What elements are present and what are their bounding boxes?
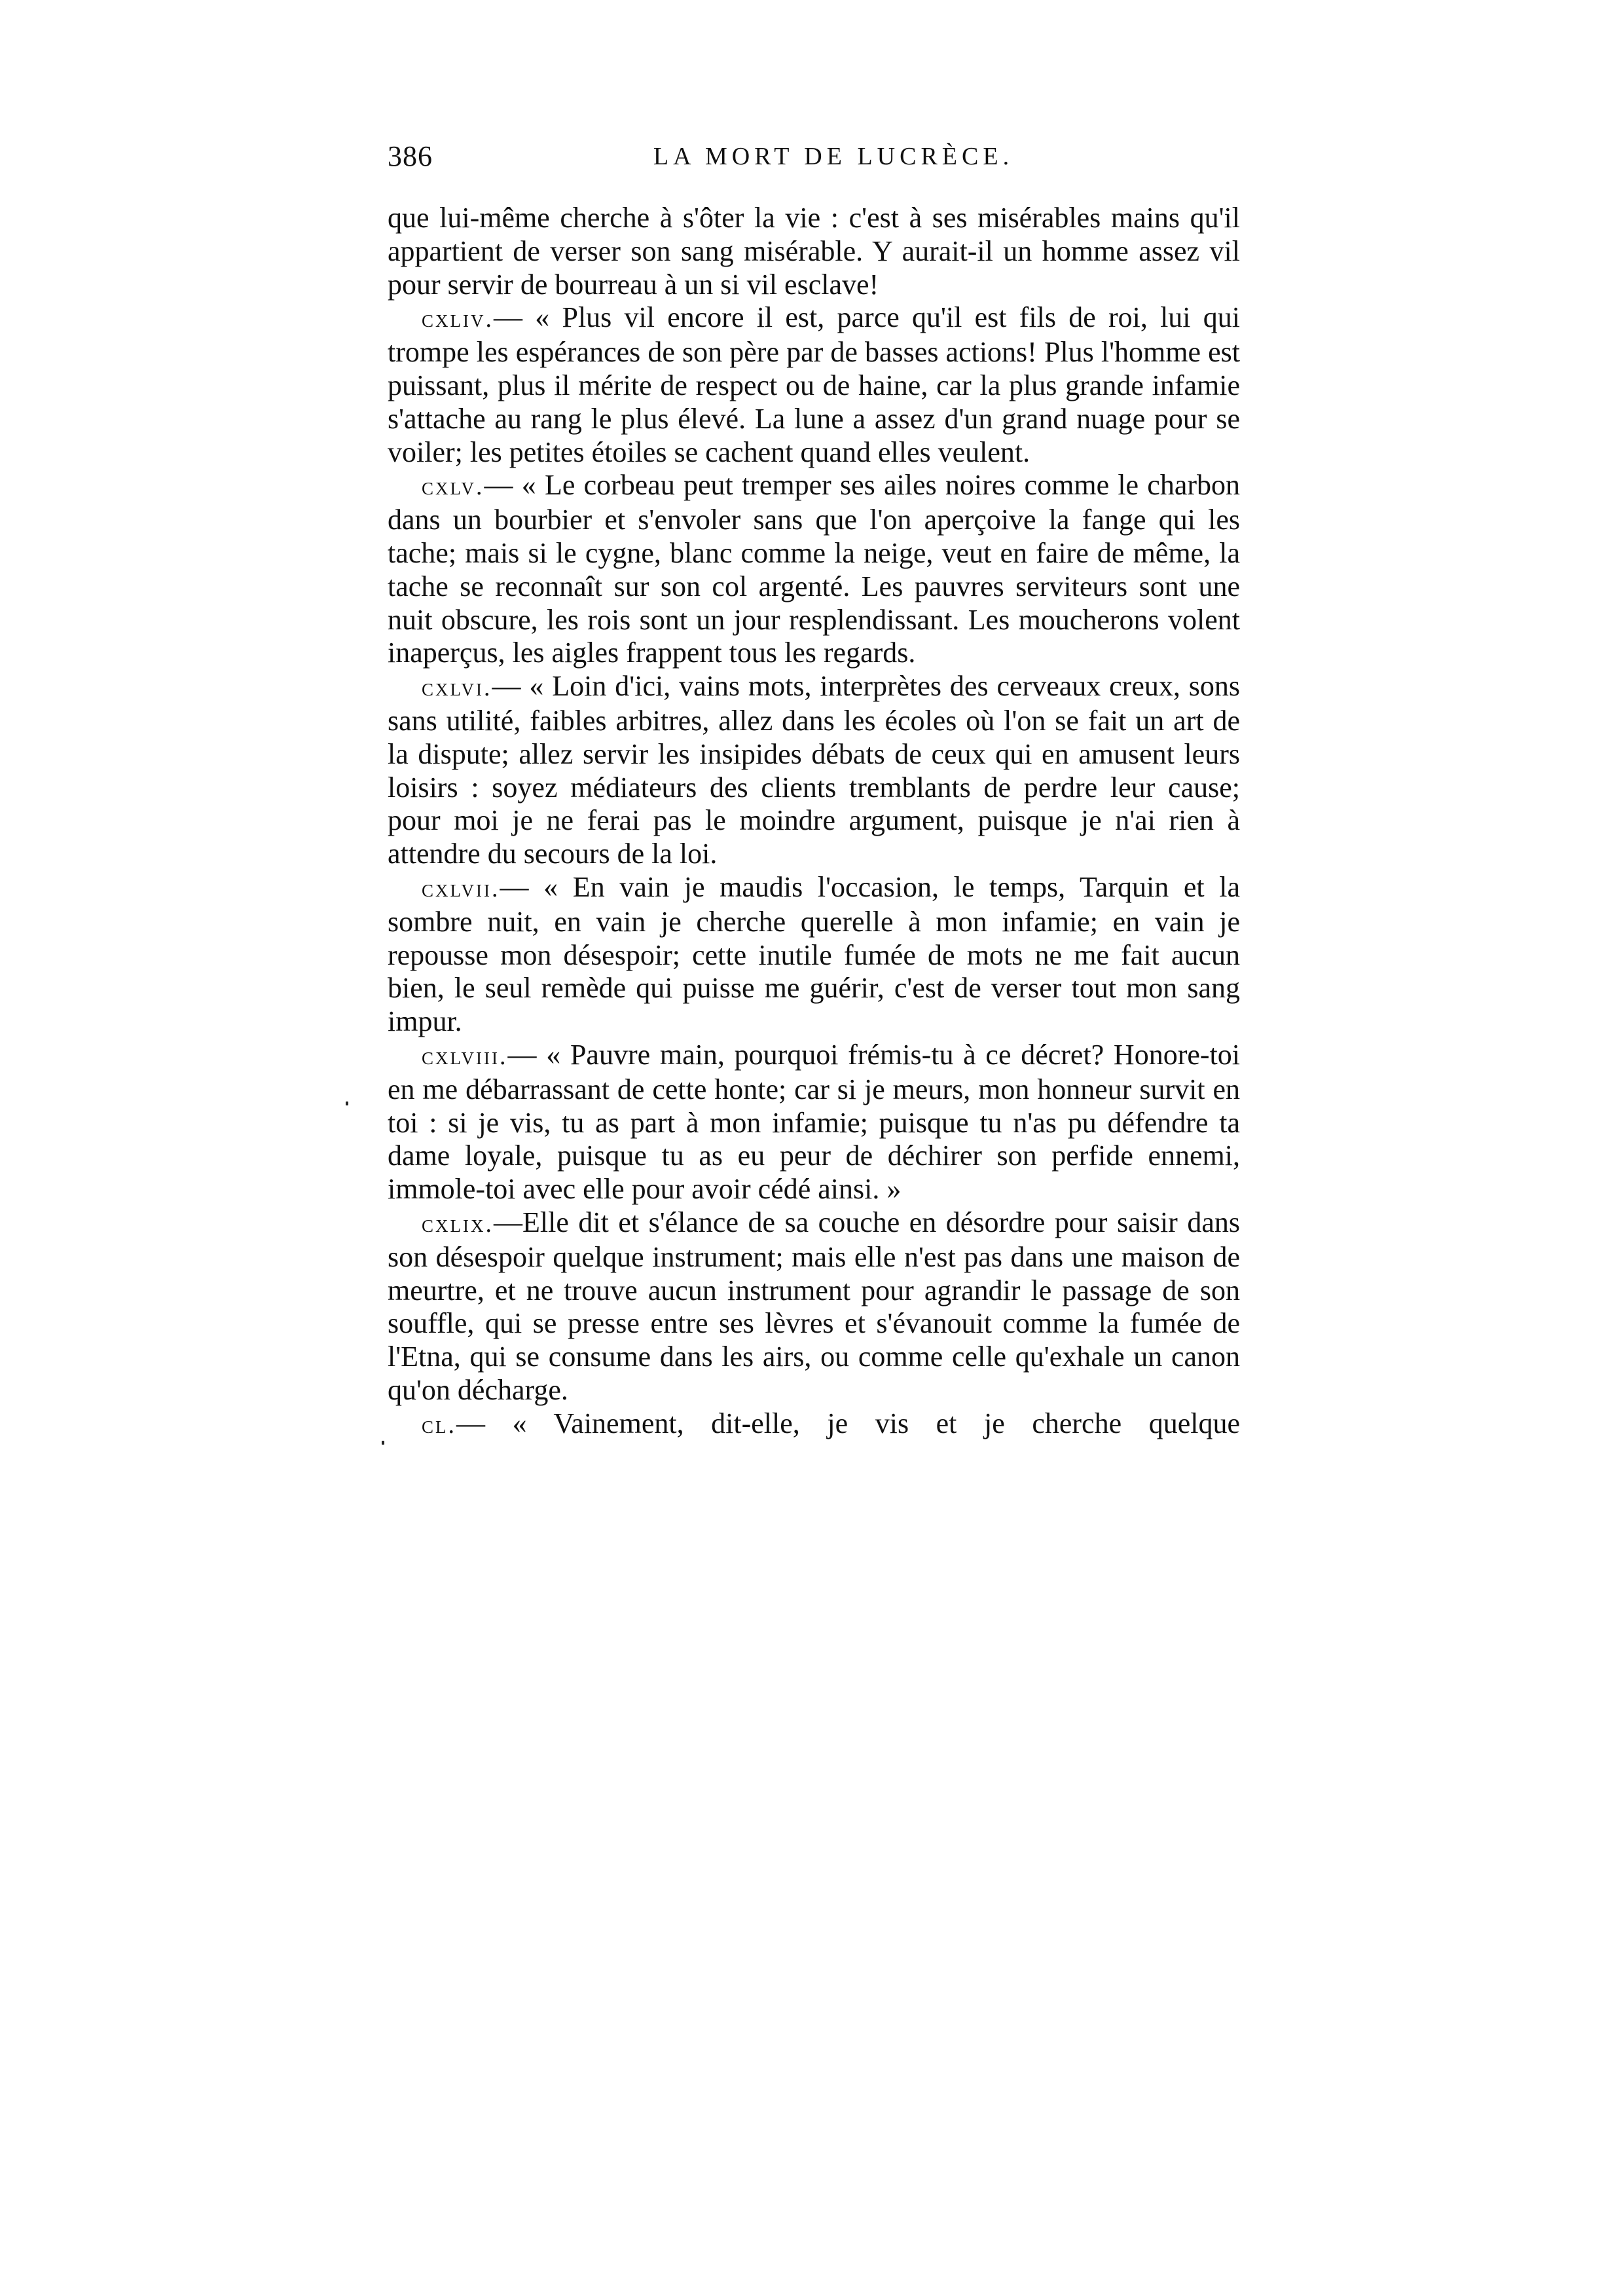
- paragraph-text: — « En vain je maudis l'occasion, le tem…: [388, 871, 1240, 1037]
- paragraph-text: — « Vainement, dit-elle, je vis et je ch…: [456, 1407, 1240, 1439]
- margin-speck: [346, 1102, 348, 1105]
- paragraph-cxlvii: cxlvii.— « En vain je maudis l'occasion,…: [388, 871, 1240, 1039]
- running-head: 386 LA MORT DE LUCRÈCE.: [388, 131, 1240, 182]
- section-number: cl.: [422, 1411, 456, 1439]
- body-text: que lui-même cherche à s'ôter la vie : c…: [388, 202, 1240, 1441]
- paragraph-cxliv: cxliv.— « Plus vil encore il est, parce …: [388, 301, 1240, 469]
- section-number: cxlvii.: [422, 875, 500, 902]
- paragraph-continuation: que lui-même cherche à s'ôter la vie : c…: [388, 202, 1240, 301]
- paragraph-text: — « Loin d'ici, vains mots, interprètes …: [388, 670, 1240, 870]
- paragraph-text: — « Le corbeau peut tremper ses ailes no…: [388, 469, 1240, 669]
- paragraph-cxlix: cxlix.—Elle dit et s'élance de sa couche…: [388, 1206, 1240, 1407]
- section-number: cxlv.: [422, 473, 484, 500]
- paragraph-text: —Elle dit et s'élance de sa couche en dé…: [388, 1206, 1240, 1406]
- book-page: 386 LA MORT DE LUCRÈCE. que lui-même che…: [388, 131, 1240, 1441]
- paragraph-cxlvi: cxlvi.— « Loin d'ici, vains mots, interp…: [388, 670, 1240, 871]
- margin-speck: [382, 1441, 384, 1445]
- paragraph-text: — « Plus vil encore il est, parce qu'il …: [388, 301, 1240, 468]
- section-number: cxlviii.: [422, 1043, 508, 1070]
- section-number: cxlix.: [422, 1210, 494, 1238]
- running-title: LA MORT DE LUCRÈCE.: [388, 131, 1240, 182]
- paragraph-cl: cl.— « Vainement, dit-elle, je vis et je…: [388, 1407, 1240, 1442]
- section-number: cxliv.: [422, 305, 494, 333]
- paragraph-text: que lui-même cherche à s'ôter la vie : c…: [388, 202, 1240, 301]
- paragraph-text: — « Pauvre main, pourquoi frémis-tu à ce…: [388, 1039, 1240, 1205]
- section-number: cxlvi.: [422, 674, 492, 701]
- paragraph-cxlviii: cxlviii.— « Pauvre main, pourquoi frémis…: [388, 1039, 1240, 1206]
- paragraph-cxlv: cxlv.— « Le corbeau peut tremper ses ail…: [388, 469, 1240, 670]
